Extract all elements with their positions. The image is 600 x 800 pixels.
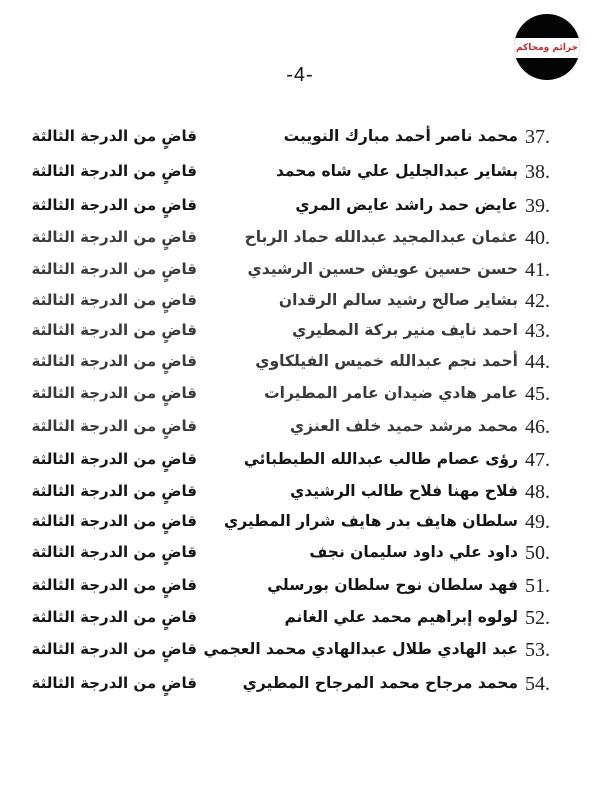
item-number: 51. — [525, 575, 565, 598]
item-number: 52. — [525, 607, 565, 630]
item-number: 50. — [525, 542, 565, 565]
judge-name: عثمان عبدالمجيد عبدالله حماد الرباح — [245, 228, 518, 246]
list-item: 39. عايض حمد راشد عايض المري قاضٍ من الد… — [0, 193, 600, 221]
list-item: 40. عثمان عبدالمجيد عبدالله حماد الرباح … — [0, 225, 600, 253]
item-number: 43. — [525, 320, 565, 343]
item-number: 44. — [525, 351, 565, 374]
list-item: 43. احمد نايف منير بركة المطيري قاضٍ من … — [0, 318, 600, 346]
item-number: 39. — [525, 195, 565, 218]
judge-name: سلطان هايف بدر هايف شرار المطيري — [224, 512, 518, 530]
judge-name: محمد مرجاح محمد المرجاح المطيري — [243, 674, 518, 692]
list-item: 53. عبد الهادي طلال عبدالهادي محمد العجم… — [0, 637, 600, 665]
judge-name: عبد الهادي طلال عبدالهادي محمد العجمي — [204, 640, 518, 658]
list-item: 45. عامر هادي ضيدان عامر المطيرات قاضٍ م… — [0, 381, 600, 409]
logo-band: جرائم ومحاكم — [514, 38, 580, 58]
judge-name: فلاح مهنا فلاح طالب الرشيدي — [290, 482, 518, 500]
list-item: 44. أحمد نجم عبدالله خميس الفيلكاوي قاضٍ… — [0, 349, 600, 377]
item-number: 47. — [525, 449, 565, 472]
item-number: 54. — [525, 673, 565, 696]
list-item: 52. لولوه إبراهيم محمد علي الغانم قاضٍ م… — [0, 605, 600, 633]
item-number: 49. — [525, 511, 565, 534]
judge-name: فهد سلطان نوح سلطان بورسلي — [267, 576, 518, 594]
item-number: 41. — [525, 259, 565, 282]
judge-name: حسن حسين عويش حسين الرشيدي — [248, 260, 518, 278]
judge-rank: قاضٍ من الدرجة الثالثة — [22, 576, 197, 594]
judge-rank: قاضٍ من الدرجة الثالثة — [22, 674, 197, 692]
judge-name: عامر هادي ضيدان عامر المطيرات — [264, 384, 518, 402]
page-number: -4- — [0, 64, 600, 87]
judge-rank: قاضٍ من الدرجة الثالثة — [22, 162, 197, 180]
judge-rank: قاضٍ من الدرجة الثالثة — [22, 352, 197, 370]
judge-name: بشاير عبدالجليل علي شاه محمد — [276, 162, 518, 180]
list-item: 48. فلاح مهنا فلاح طالب الرشيدي قاضٍ من … — [0, 479, 600, 507]
judge-rank: قاضٍ من الدرجة الثالثة — [22, 384, 197, 402]
judge-rank: قاضٍ من الدرجة الثالثة — [22, 127, 197, 145]
judge-rank: قاضٍ من الدرجة الثالثة — [22, 450, 197, 468]
item-number: 40. — [525, 227, 565, 250]
logo-text: جرائم ومحاكم — [516, 43, 578, 53]
judge-rank: قاضٍ من الدرجة الثالثة — [22, 608, 197, 626]
item-number: 42. — [525, 290, 565, 313]
judge-name: محمد ناصر أحمد مبارك النويبت — [284, 127, 518, 145]
judge-name: لولوه إبراهيم محمد علي الغانم — [284, 608, 518, 626]
item-number: 53. — [525, 639, 565, 662]
judge-name: داود علي داود سليمان نجف — [309, 543, 518, 561]
list-item: 54. محمد مرجاح محمد المرجاح المطيري قاضٍ… — [0, 671, 600, 699]
judge-rank: قاضٍ من الدرجة الثالثة — [22, 512, 197, 530]
judge-rank: قاضٍ من الدرجة الثالثة — [22, 228, 197, 246]
list-item: 37. محمد ناصر أحمد مبارك النويبت قاضٍ من… — [0, 124, 600, 152]
item-number: 45. — [525, 383, 565, 406]
list-item: 42. بشاير صالح رشيد سالم الرقدان قاضٍ من… — [0, 288, 600, 316]
judge-name: احمد نايف منير بركة المطيري — [292, 321, 518, 339]
item-number: 37. — [525, 126, 565, 149]
judge-rank: قاضٍ من الدرجة الثالثة — [22, 321, 197, 339]
judge-rank: قاضٍ من الدرجة الثالثة — [22, 291, 197, 309]
judge-name: بشاير صالح رشيد سالم الرقدان — [279, 291, 518, 309]
judge-rank: قاضٍ من الدرجة الثالثة — [22, 482, 197, 500]
list-item: 47. رؤى عصام طالب عبدالله الطبطبائي قاضٍ… — [0, 447, 600, 475]
item-number: 48. — [525, 481, 565, 504]
judge-name: أحمد نجم عبدالله خميس الفيلكاوي — [255, 352, 518, 370]
judge-rank: قاضٍ من الدرجة الثالثة — [22, 640, 197, 658]
judge-rank: قاضٍ من الدرجة الثالثة — [22, 196, 197, 214]
judge-rank: قاضٍ من الدرجة الثالثة — [22, 417, 197, 435]
judge-rank: قاضٍ من الدرجة الثالثة — [22, 260, 197, 278]
list-item: 46. محمد مرشد حميد خلف العنزي قاضٍ من ال… — [0, 414, 600, 442]
list-item: 49. سلطان هايف بدر هايف شرار المطيري قاض… — [0, 509, 600, 537]
list-item: 50. داود علي داود سليمان نجف قاضٍ من الد… — [0, 540, 600, 568]
judge-rank: قاضٍ من الدرجة الثالثة — [22, 543, 197, 561]
list-item: 41. حسن حسين عويش حسين الرشيدي قاضٍ من ا… — [0, 257, 600, 285]
list-item: 38. بشاير عبدالجليل علي شاه محمد قاضٍ من… — [0, 159, 600, 187]
judge-name: محمد مرشد حميد خلف العنزي — [290, 417, 518, 435]
judge-name: عايض حمد راشد عايض المري — [295, 196, 518, 214]
judge-name: رؤى عصام طالب عبدالله الطبطبائي — [244, 450, 518, 468]
item-number: 38. — [525, 161, 565, 184]
list-item: 51. فهد سلطان نوح سلطان بورسلي قاضٍ من ا… — [0, 573, 600, 601]
item-number: 46. — [525, 416, 565, 439]
